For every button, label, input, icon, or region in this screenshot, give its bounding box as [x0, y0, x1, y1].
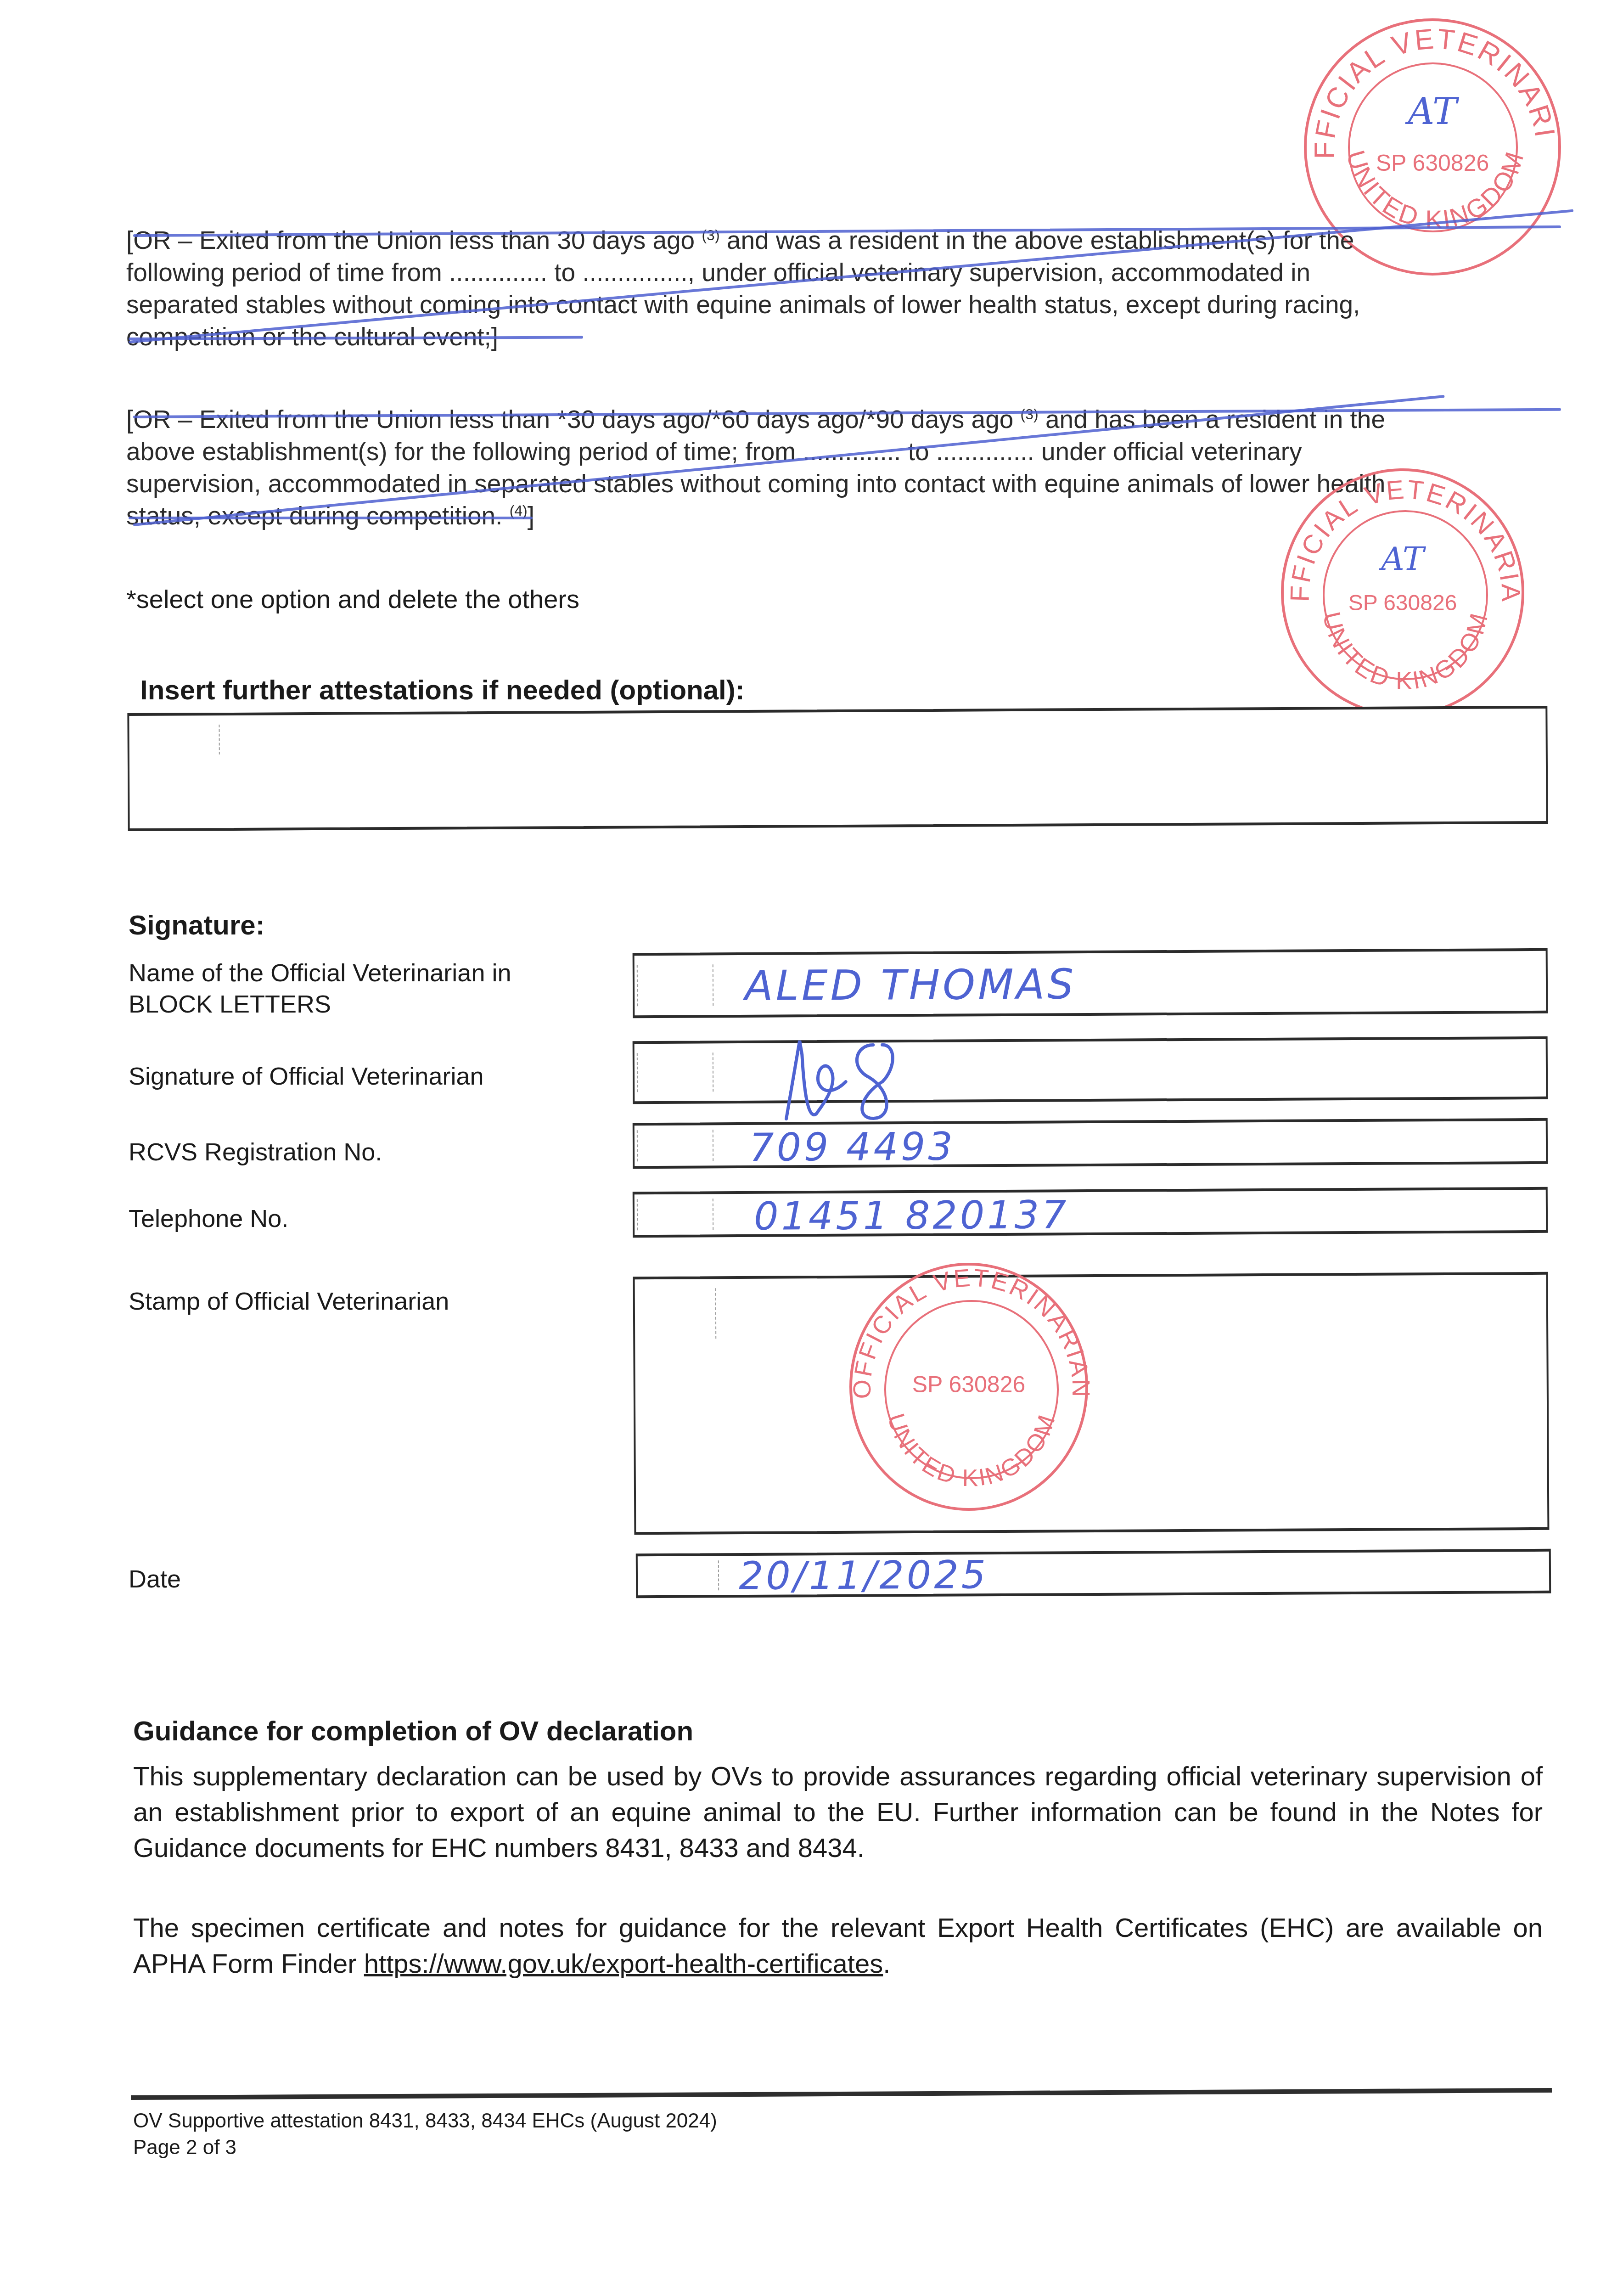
rcvs-registration-field[interactable]: 709 4493 [633, 1118, 1548, 1169]
initials-handwritten: AT [1307, 90, 1558, 133]
guidance-paragraph-2: The specimen certificate and notes for g… [133, 1910, 1543, 1982]
telephone-label: Telephone No. [129, 1203, 288, 1234]
option-a-line-2: following period of time from ..........… [126, 256, 1540, 288]
stamp-field[interactable] [633, 1272, 1550, 1535]
official-vet-stamp-field: OFFICIAL VETERINARIAN UNITED KINGDOM SP … [849, 1263, 1088, 1511]
date-label: Date [129, 1564, 181, 1595]
footer-page-number: Page 2 of 3 [133, 2134, 717, 2161]
attestation-option-a: [OR – Exited from the Union less than 30… [126, 224, 1540, 353]
select-option-note: *select one option and delete the others [126, 584, 579, 614]
handwritten-signature [772, 1026, 919, 1128]
further-attestations-heading: Insert further attestations if needed (o… [140, 674, 745, 706]
ov-signature-field[interactable] [633, 1036, 1548, 1104]
ov-name-value: ALED THOMAS [745, 960, 1077, 1010]
export-health-certificates-link[interactable]: https://www.gov.uk/export-health-certifi… [364, 1949, 883, 1979]
strike-line [129, 517, 533, 519]
ov-name-field[interactable]: ALED THOMAS [633, 948, 1548, 1018]
stamp-code: SP 630826 [852, 1371, 1085, 1398]
rcvs-label: RCVS Registration No. [129, 1137, 382, 1168]
telephone-value: 01451 820137 [754, 1192, 1069, 1239]
ov-signature-label: Signature of Official Veterinarian [129, 1061, 483, 1092]
initials-handwritten: AT [1284, 540, 1522, 578]
stamp-code: SP 630826 [1307, 150, 1558, 176]
guidance-paragraph-1: This supplementary declaration can be us… [133, 1759, 1543, 1866]
signature-heading: Signature: [129, 909, 265, 941]
stamp-label: Stamp of Official Veterinarian [129, 1286, 449, 1317]
ov-name-label: Name of the Official Veterinarian in BLO… [129, 957, 511, 1020]
date-field[interactable]: 20/11/2025 [636, 1549, 1551, 1598]
stamp-code: SP 630826 [1284, 591, 1522, 616]
svg-text:UNITED KINGDOM: UNITED KINGDOM [1317, 609, 1494, 695]
telephone-field[interactable]: 01451 820137 [633, 1187, 1548, 1238]
option-a-line-3: separated stables without coming into co… [126, 288, 1540, 321]
svg-text:OFFICIAL VETERINARIAN: OFFICIAL VETERINARIAN [1284, 471, 1526, 603]
official-vet-stamp-middle: OFFICIAL VETERINARIAN UNITED KINGDOM AT … [1281, 468, 1524, 716]
further-attestations-field[interactable] [127, 706, 1548, 831]
date-value: 20/11/2025 [739, 1552, 989, 1598]
option-b-line-2: above establishment(s) for the following… [126, 435, 1540, 467]
svg-text:UNITED KINGDOM: UNITED KINGDOM [882, 1410, 1061, 1491]
footer: OV Supportive attestation 8431, 8433, 84… [133, 2108, 717, 2161]
guidance-heading: Guidance for completion of OV declaratio… [133, 1715, 693, 1747]
rcvs-value: 709 4493 [749, 1124, 955, 1170]
footer-document-title: OV Supportive attestation 8431, 8433, 84… [133, 2108, 717, 2134]
footer-divider [131, 2088, 1552, 2100]
